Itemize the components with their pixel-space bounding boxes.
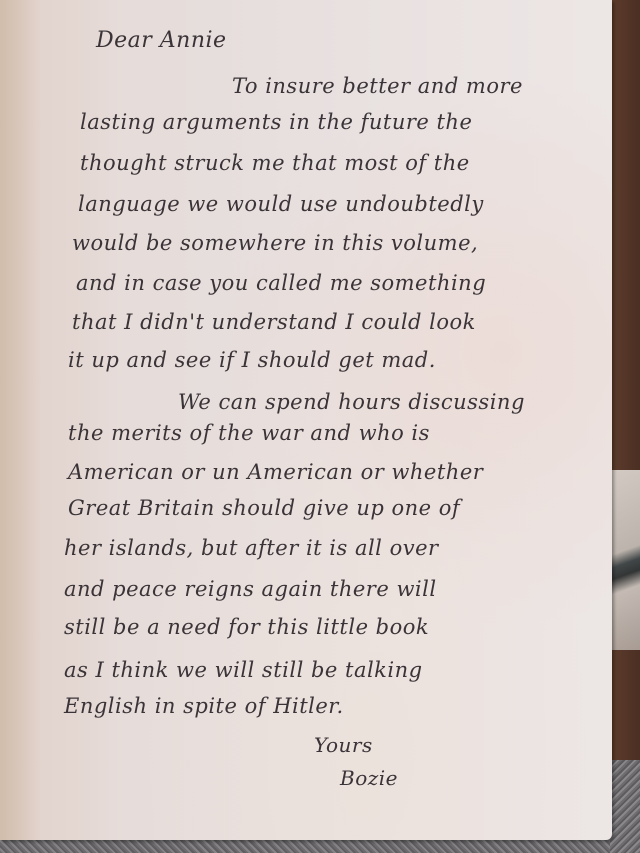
letter-line: as I think we will still be talking xyxy=(64,658,423,682)
letter-line: the merits of the war and who is xyxy=(68,421,430,445)
letter-line: still be a need for this little book xyxy=(64,615,429,639)
closing: Yours xyxy=(314,733,373,757)
letter-line: We can spend hours discussing xyxy=(178,390,525,414)
letter-line: her islands, but after it is all over xyxy=(64,536,439,560)
letter-line: Great Britain should give up one of xyxy=(68,496,460,520)
salutation: Dear Annie xyxy=(96,28,227,53)
letter-line: that I didn't understand I could look xyxy=(72,310,476,334)
handwritten-letter: Dear Annie To insure better and more las… xyxy=(0,0,612,840)
letter-line: it up and see if I should get mad. xyxy=(68,348,436,372)
carpet-background-right xyxy=(610,760,640,853)
letter-line: To insure better and more xyxy=(232,74,523,98)
book-edge-background xyxy=(608,470,640,650)
letter-line: lasting arguments in the future the xyxy=(80,110,472,134)
letter-line: and peace reigns again there will xyxy=(64,577,437,601)
letter-line: English in spite of Hitler. xyxy=(64,694,344,718)
letter-line: and in case you called me something xyxy=(76,271,486,295)
letter-line: language we would use undoubtedly xyxy=(78,192,484,216)
letter-page: Dear Annie To insure better and more las… xyxy=(0,0,612,840)
letter-line: American or un American or whether xyxy=(68,460,483,484)
letter-line: would be somewhere in this volume, xyxy=(72,231,478,255)
signature: Bozie xyxy=(340,766,398,790)
letter-line: thought struck me that most of the xyxy=(80,151,470,175)
